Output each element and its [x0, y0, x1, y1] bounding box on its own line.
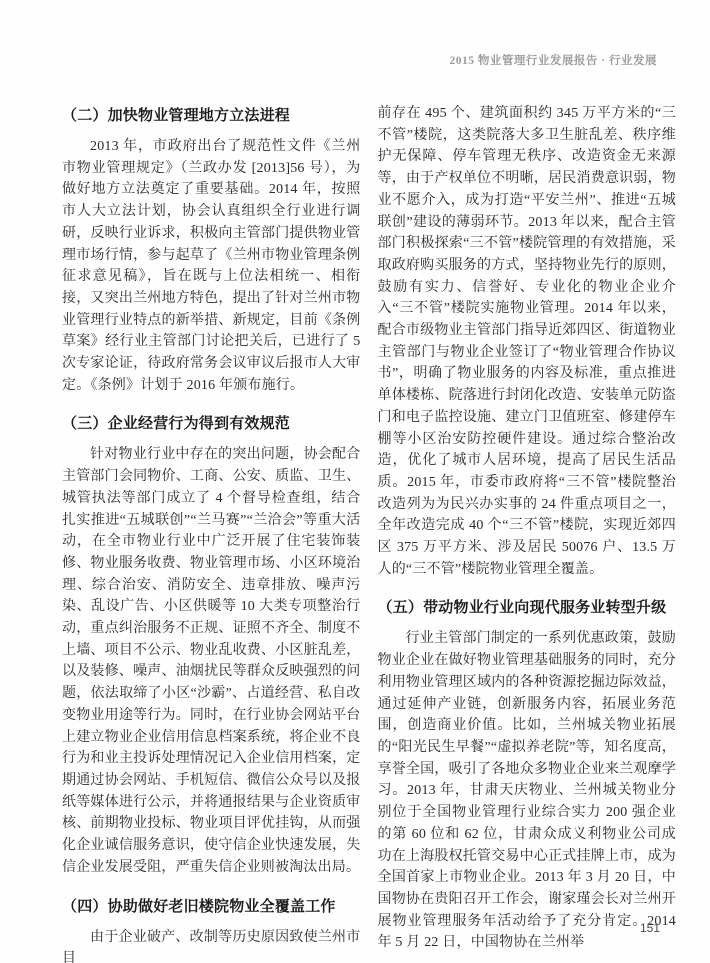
running-header: 2015 物业管理行业发展报告 · 行业发展 — [450, 52, 657, 68]
page-content: （二）加快物业管理地方立法进程 2013 年，市政府出台了规范性文件《兰州市物业… — [62, 103, 676, 963]
left-column: （二）加快物业管理地方立法进程 2013 年，市政府出台了规范性文件《兰州市物业… — [62, 103, 361, 963]
section-heading-modern-services: （五）带动物业行业向现代服务业转型升级 — [378, 597, 677, 618]
document-page: 2015 物业管理行业发展报告 · 行业发展 （二）加快物业管理地方立法进程 2… — [0, 0, 710, 963]
right-column: 前存在 495 个、建筑面积约 345 万平方米的“三不管”楼院，这类院落大多卫… — [378, 103, 677, 963]
section-heading-legislation: （二）加快物业管理地方立法进程 — [62, 105, 361, 126]
section-paragraph-legislation: 2013 年，市政府出台了规范性文件《兰州市物业管理规定》（兰政办发 [2013… — [62, 136, 361, 396]
page-number: 151 — [640, 921, 660, 935]
section-heading-old-buildings: （四）协助做好老旧楼院物业全覆盖工作 — [62, 896, 361, 917]
section-paragraph-enterprise-conduct: 针对物业行业中存在的突出问题，协会配合主管部门会同物价、工商、公安、质监、卫生、… — [62, 444, 361, 878]
section-paragraph-modern-services: 行业主管部门制定的一系列优惠政策，鼓励物业企业在做好物业管理基础服务的同时，充分… — [378, 628, 677, 954]
section-heading-enterprise-conduct: （三）企业经营行为得到有效规范 — [62, 413, 361, 434]
section-paragraph-old-buildings-continued: 前存在 495 个、建筑面积约 345 万平方米的“三不管”楼院，这类院落大多卫… — [378, 103, 677, 580]
section-paragraph-old-buildings: 由于企业破产、改制等历史原因致使兰州市目 — [62, 927, 361, 963]
